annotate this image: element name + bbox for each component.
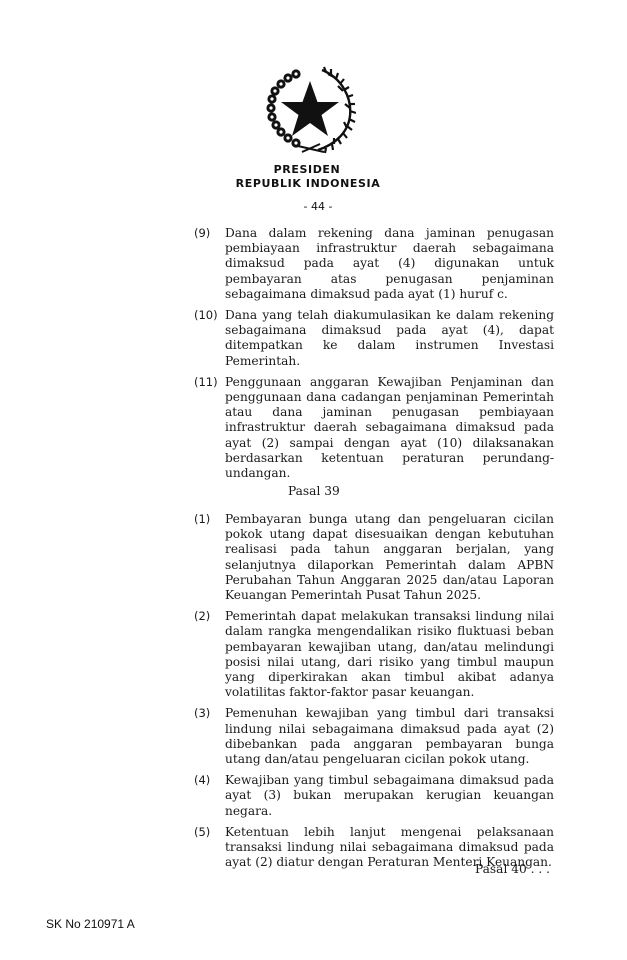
paragraph-text: Pemerintah dapat melakukan transaksi lin…	[225, 609, 554, 700]
header-republik-indonesia: REPUBLIK INDONESIA	[0, 177, 616, 190]
paragraph-number: (2)	[194, 609, 225, 700]
paragraph-item: (4) Kewajiban yang timbul sebagaimana di…	[194, 773, 554, 819]
paragraph-item: (9) Dana dalam rekening dana jaminan pen…	[194, 226, 554, 302]
paragraph-number: (4)	[194, 773, 225, 819]
paragraph-number: (11)	[194, 375, 225, 481]
paragraph-text: Kewajiban yang timbul sebagaimana dimaks…	[225, 773, 554, 819]
paragraph-text: Pemenuhan kewajiban yang timbul dari tra…	[225, 706, 554, 767]
paragraph-number: (1)	[194, 512, 225, 603]
page-number: - 44 -	[0, 200, 627, 213]
continued-article-body: (9) Dana dalam rekening dana jaminan pen…	[194, 226, 554, 487]
paragraph-item: (3) Pemenuhan kewajiban yang timbul dari…	[194, 706, 554, 767]
paragraph-text: Pembayaran bunga utang dan pengeluaran c…	[225, 512, 554, 603]
paragraph-item: (11) Penggunaan anggaran Kewajiban Penja…	[194, 375, 554, 481]
paragraph-number: (9)	[194, 226, 225, 302]
paragraph-number: (3)	[194, 706, 225, 767]
paragraph-text: Penggunaan anggaran Kewajiban Penjaminan…	[225, 375, 554, 481]
article-39-body: (1) Pembayaran bunga utang dan pengeluar…	[194, 512, 554, 876]
document-page: PRESIDEN REPUBLIK INDONESIA - 44 - (9) D…	[0, 0, 627, 960]
paragraph-text: Dana dalam rekening dana jaminan penugas…	[225, 226, 554, 302]
paragraph-item: (2) Pemerintah dapat melakukan transaksi…	[194, 609, 554, 700]
article-title: Pasal 39	[288, 484, 340, 498]
garuda-star-emblem-icon	[262, 64, 356, 154]
paragraph-item: (10) Dana yang telah diakumulasikan ke d…	[194, 308, 554, 369]
document-code: SK No 210971 A	[46, 917, 135, 931]
paragraph-item: (1) Pembayaran bunga utang dan pengeluar…	[194, 512, 554, 603]
header-presiden: PRESIDEN	[0, 163, 614, 176]
paragraph-text: Dana yang telah diakumulasikan ke dalam …	[225, 308, 554, 369]
paragraph-number: (10)	[194, 308, 225, 369]
paragraph-number: (5)	[194, 825, 225, 871]
next-article-continuation: Pasal 40 . . .	[475, 862, 550, 876]
